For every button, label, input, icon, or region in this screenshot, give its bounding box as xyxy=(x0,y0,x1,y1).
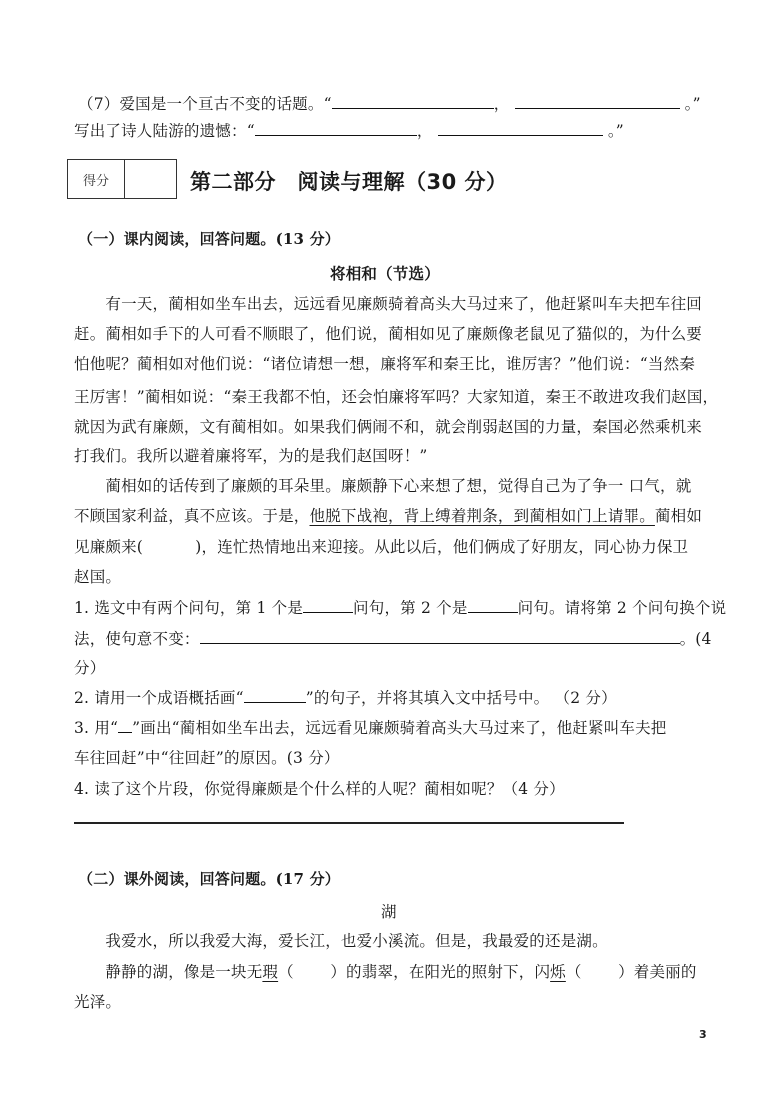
question-1: 1. 选文中有两个问句，第 1 个是问句，第 2 个是问句。请将第 2 个问句换… xyxy=(74,596,726,618)
q2-blank[interactable] xyxy=(244,688,306,703)
q7-blank-3[interactable] xyxy=(255,121,417,136)
underlined-char: 瑕 xyxy=(262,963,278,981)
q7-blank-2[interactable] xyxy=(515,94,680,109)
passage2-line: 静静的湖，像是一块无瑕（ ）的翡翠，在阳光的照射下，闪烁（ ）着美丽的 xyxy=(74,960,697,982)
question-1-points: 分） xyxy=(74,656,105,678)
text: 问句。请将第 2 个问句换个说 xyxy=(518,599,727,617)
passage1-line: 蔺相如的话传到了廉颇的耳朵里。廉颇静下心来想了想，觉得自己为了争一 口气，就 xyxy=(74,474,691,496)
passage1-line: 怕他呢？蔺相如对他们说：“诸位请想一想，廉将军和秦王比，谁厉害？”他们说：“当然… xyxy=(74,352,695,374)
text: ”画出“蔺相如坐车出去，远远看见廉颇骑着高头大马过来了，他赶紧叫车夫把 xyxy=(132,719,666,737)
passage1-line: 不顾国家利益，真不应该。于是，他脱下战袍，背上缚着荆条，到蔺相如门上请罪。蔺相如 xyxy=(74,504,702,526)
question-1-cont: 法，使句意不变：。(4 xyxy=(74,627,712,649)
passage1-line: 王厉害！”蔺相如说：“秦王我都不怕，还会怕廉将军吗？大家知道，秦王不敢进攻我们赵… xyxy=(74,385,718,407)
passage2-line: 光泽。 xyxy=(74,990,121,1012)
q1-answer-blank[interactable] xyxy=(200,629,680,644)
text: 不顾国家利益，真不应该。于是， xyxy=(74,507,310,525)
score-box: 得分 xyxy=(67,159,177,199)
close-quote: 。” xyxy=(608,122,624,140)
text: 1. 选文中有两个问句，第 1 个是 xyxy=(74,599,303,617)
q1-blank-2[interactable] xyxy=(468,598,518,613)
text: （ ）的翡翠，在阳光的照射下，闪 xyxy=(278,963,550,981)
question-4: 4. 读了这个片段，你觉得廉颇是个什么样的人呢？蔺相如呢？（4 分） xyxy=(74,777,565,799)
score-value-field[interactable] xyxy=(125,160,176,198)
text: 静静的湖，像是一块无 xyxy=(74,963,262,981)
page-number: 3 xyxy=(699,1028,707,1041)
close-quote: 。” xyxy=(685,95,701,113)
q7-blank-1[interactable] xyxy=(332,94,494,109)
text: 问句，第 2 个是 xyxy=(353,599,468,617)
separator: ， xyxy=(417,122,433,140)
passage1-line: 有一天，蔺相如坐车出去，远远看见廉颇骑着高头大马过来了，他赶紧叫车夫把车往回 xyxy=(74,292,702,314)
separator: ， xyxy=(494,95,510,113)
underline-sample xyxy=(118,718,132,733)
score-label: 得分 xyxy=(68,160,125,198)
section1-heading: （一）课内阅读，回答问题。(13 分） xyxy=(78,228,340,249)
text: 。(4 xyxy=(680,630,712,648)
section2-heading: （二）课外阅读，回答问题。(17 分） xyxy=(78,868,340,889)
passage2-line: 我爱水，所以我爱大海，爱长江，也爱小溪流。但是，我最爱的还是湖。 xyxy=(74,929,608,951)
passage-title-2: 湖 xyxy=(381,900,397,922)
q7-line2: 写出了诗人陆游的遗憾：“， 。” xyxy=(74,119,624,141)
passage-title-1: 将相和（节选） xyxy=(330,262,440,284)
underlined-char: 烁 xyxy=(550,963,566,981)
passage1-line: 见廉颇来( )，连忙热情地出来迎接。从此以后，他们俩成了好朋友，同心协力保卫 xyxy=(74,535,688,557)
q7-blank-4[interactable] xyxy=(438,121,603,136)
question-3: 3. 用“”画出“蔺相如坐车出去，远远看见廉颇骑着高头大马过来了，他赶紧叫车夫把 xyxy=(74,716,667,738)
q7-line1: （7）爱国是一个亘古不变的话题。“， 。” xyxy=(78,92,701,114)
passage1-line: 就因为武有廉颇，文有蔺相如。如果我们俩闹不和，就会削弱赵国的力量，秦国必然乘机来 xyxy=(74,415,702,437)
underlined-sentence: 他脱下战袍，背上缚着荆条，到蔺相如门上请罪。 xyxy=(310,507,655,525)
text: 法，使句意不变： xyxy=(74,630,200,648)
text: 蔺相如 xyxy=(655,507,702,525)
passage1-line: 赶。蔺相如手下的人可看不顺眼了，他们说，蔺相如见了廉颇像老鼠见了猫似的，为什么要 xyxy=(74,322,702,344)
passage1-line: 赵国。 xyxy=(74,565,121,587)
part-title: 第二部分 阅读与理解（30 分） xyxy=(190,166,508,196)
text: 3. 用“ xyxy=(74,719,118,737)
q4-answer-line[interactable] xyxy=(74,822,624,824)
question-3-cont: 车往回赶”中“往回赶”的原因。(3 分） xyxy=(74,746,340,768)
text: （ ）着美丽的 xyxy=(566,963,697,981)
q1-blank-1[interactable] xyxy=(303,598,353,613)
q7-prompt: （7）爱国是一个亘古不变的话题。“ xyxy=(78,95,332,113)
passage1-line: 打我们。我所以避着廉将军，为的是我们赵国呀！” xyxy=(74,444,428,466)
text: 2. 请用一个成语概括画“ xyxy=(74,689,244,707)
question-2: 2. 请用一个成语概括画“”的句子，并将其填入文中括号中。 （2 分） xyxy=(74,686,617,708)
text: ”的句子，并将其填入文中括号中。 （2 分） xyxy=(306,689,617,707)
q7-prompt-2: 写出了诗人陆游的遗憾：“ xyxy=(74,122,255,140)
